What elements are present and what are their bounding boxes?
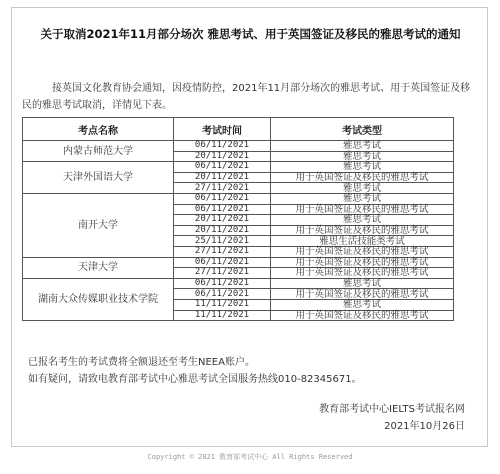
- date-cell: 27/11/2021: [174, 268, 271, 279]
- signature-date: 2021年10月26日: [384, 417, 465, 432]
- date-cell: 06/11/2021: [174, 141, 271, 152]
- hotline-note: 如有疑问，请致电教育部考试中心雅思考试全国服务热线010-82345671。: [28, 370, 362, 385]
- type-cell: 雅思考试: [271, 193, 454, 204]
- type-cell: 雅思考试: [271, 162, 454, 173]
- type-cell: 雅思生活技能类考试: [271, 236, 454, 247]
- date-cell: 11/11/2021: [174, 299, 271, 310]
- table-row: 天津外国语大学 06/11/2021 雅思考试: [23, 162, 454, 173]
- date-cell: 06/11/2021: [174, 278, 271, 289]
- refund-note: 已报名考生的考试费将全额退还至考生NEEA账户。: [28, 353, 255, 368]
- header-type: 考试类型: [271, 118, 454, 141]
- table-row: 南开大学 06/11/2021 雅思考试: [23, 193, 454, 204]
- type-cell: 用于英国签证及移民的雅思考试: [271, 310, 454, 321]
- date-cell: 20/11/2021: [174, 225, 271, 236]
- date-cell: 20/11/2021: [174, 172, 271, 183]
- table-row: 内蒙古师范大学 06/11/2021 雅思考试: [23, 141, 454, 152]
- table-header-row: 考点名称 考试时间 考试类型: [23, 118, 454, 141]
- type-cell: 雅思考试: [271, 278, 454, 289]
- date-cell: 06/11/2021: [174, 257, 271, 268]
- date-cell: 06/11/2021: [174, 162, 271, 173]
- type-cell: 用于英国签证及移民的雅思考试: [271, 172, 454, 183]
- type-cell: 雅思考试: [271, 215, 454, 226]
- copyright-footer: Copyright © 2021 教育部考试中心 All Rights Rese…: [0, 452, 500, 462]
- venue-cell: 湖南大众传媒职业技术学院: [23, 278, 174, 320]
- venue-cell: 内蒙古师范大学: [23, 141, 174, 162]
- venue-cell: 天津外国语大学: [23, 162, 174, 194]
- date-cell: 06/11/2021: [174, 204, 271, 215]
- date-cell: 20/11/2021: [174, 215, 271, 226]
- type-cell: 用于英国签证及移民的雅思考试: [271, 289, 454, 300]
- venue-cell: 天津大学: [23, 257, 174, 278]
- type-cell: 雅思考试: [271, 183, 454, 194]
- venue-cell: 南开大学: [23, 193, 174, 257]
- type-cell: 用于英国签证及移民的雅思考试: [271, 246, 454, 257]
- type-cell: 用于英国签证及移民的雅思考试: [271, 225, 454, 236]
- type-cell: 雅思考试: [271, 299, 454, 310]
- signature-org: 教育部考试中心IELTS考试报名网: [319, 400, 465, 415]
- notice-title: 关于取消2021年11月部分场次 雅思考试、用于英国签证及移民的雅思考试的通知: [12, 26, 489, 42]
- date-cell: 27/11/2021: [174, 246, 271, 257]
- date-cell: 06/11/2021: [174, 193, 271, 204]
- date-cell: 06/11/2021: [174, 289, 271, 300]
- notice-intro: 接英国文化教育协会通知，因疫情防控，2021年11月部分场次的雅思考试、用于英国…: [22, 80, 478, 114]
- date-cell: 25/11/2021: [174, 236, 271, 247]
- date-cell: 20/11/2021: [174, 151, 271, 162]
- cancelled-exams-table: 考点名称 考试时间 考试类型 内蒙古师范大学 06/11/2021 雅思考试 2…: [22, 117, 454, 321]
- date-cell: 11/11/2021: [174, 310, 271, 321]
- type-cell: 雅思考试: [271, 141, 454, 152]
- notice-card: 关于取消2021年11月部分场次 雅思考试、用于英国签证及移民的雅思考试的通知 …: [11, 7, 488, 447]
- date-cell: 27/11/2021: [174, 183, 271, 194]
- table-row: 湖南大众传媒职业技术学院 06/11/2021 雅思考试: [23, 278, 454, 289]
- header-date: 考试时间: [174, 118, 271, 141]
- type-cell: 用于英国签证及移民的雅思考试: [271, 268, 454, 279]
- header-venue: 考点名称: [23, 118, 174, 141]
